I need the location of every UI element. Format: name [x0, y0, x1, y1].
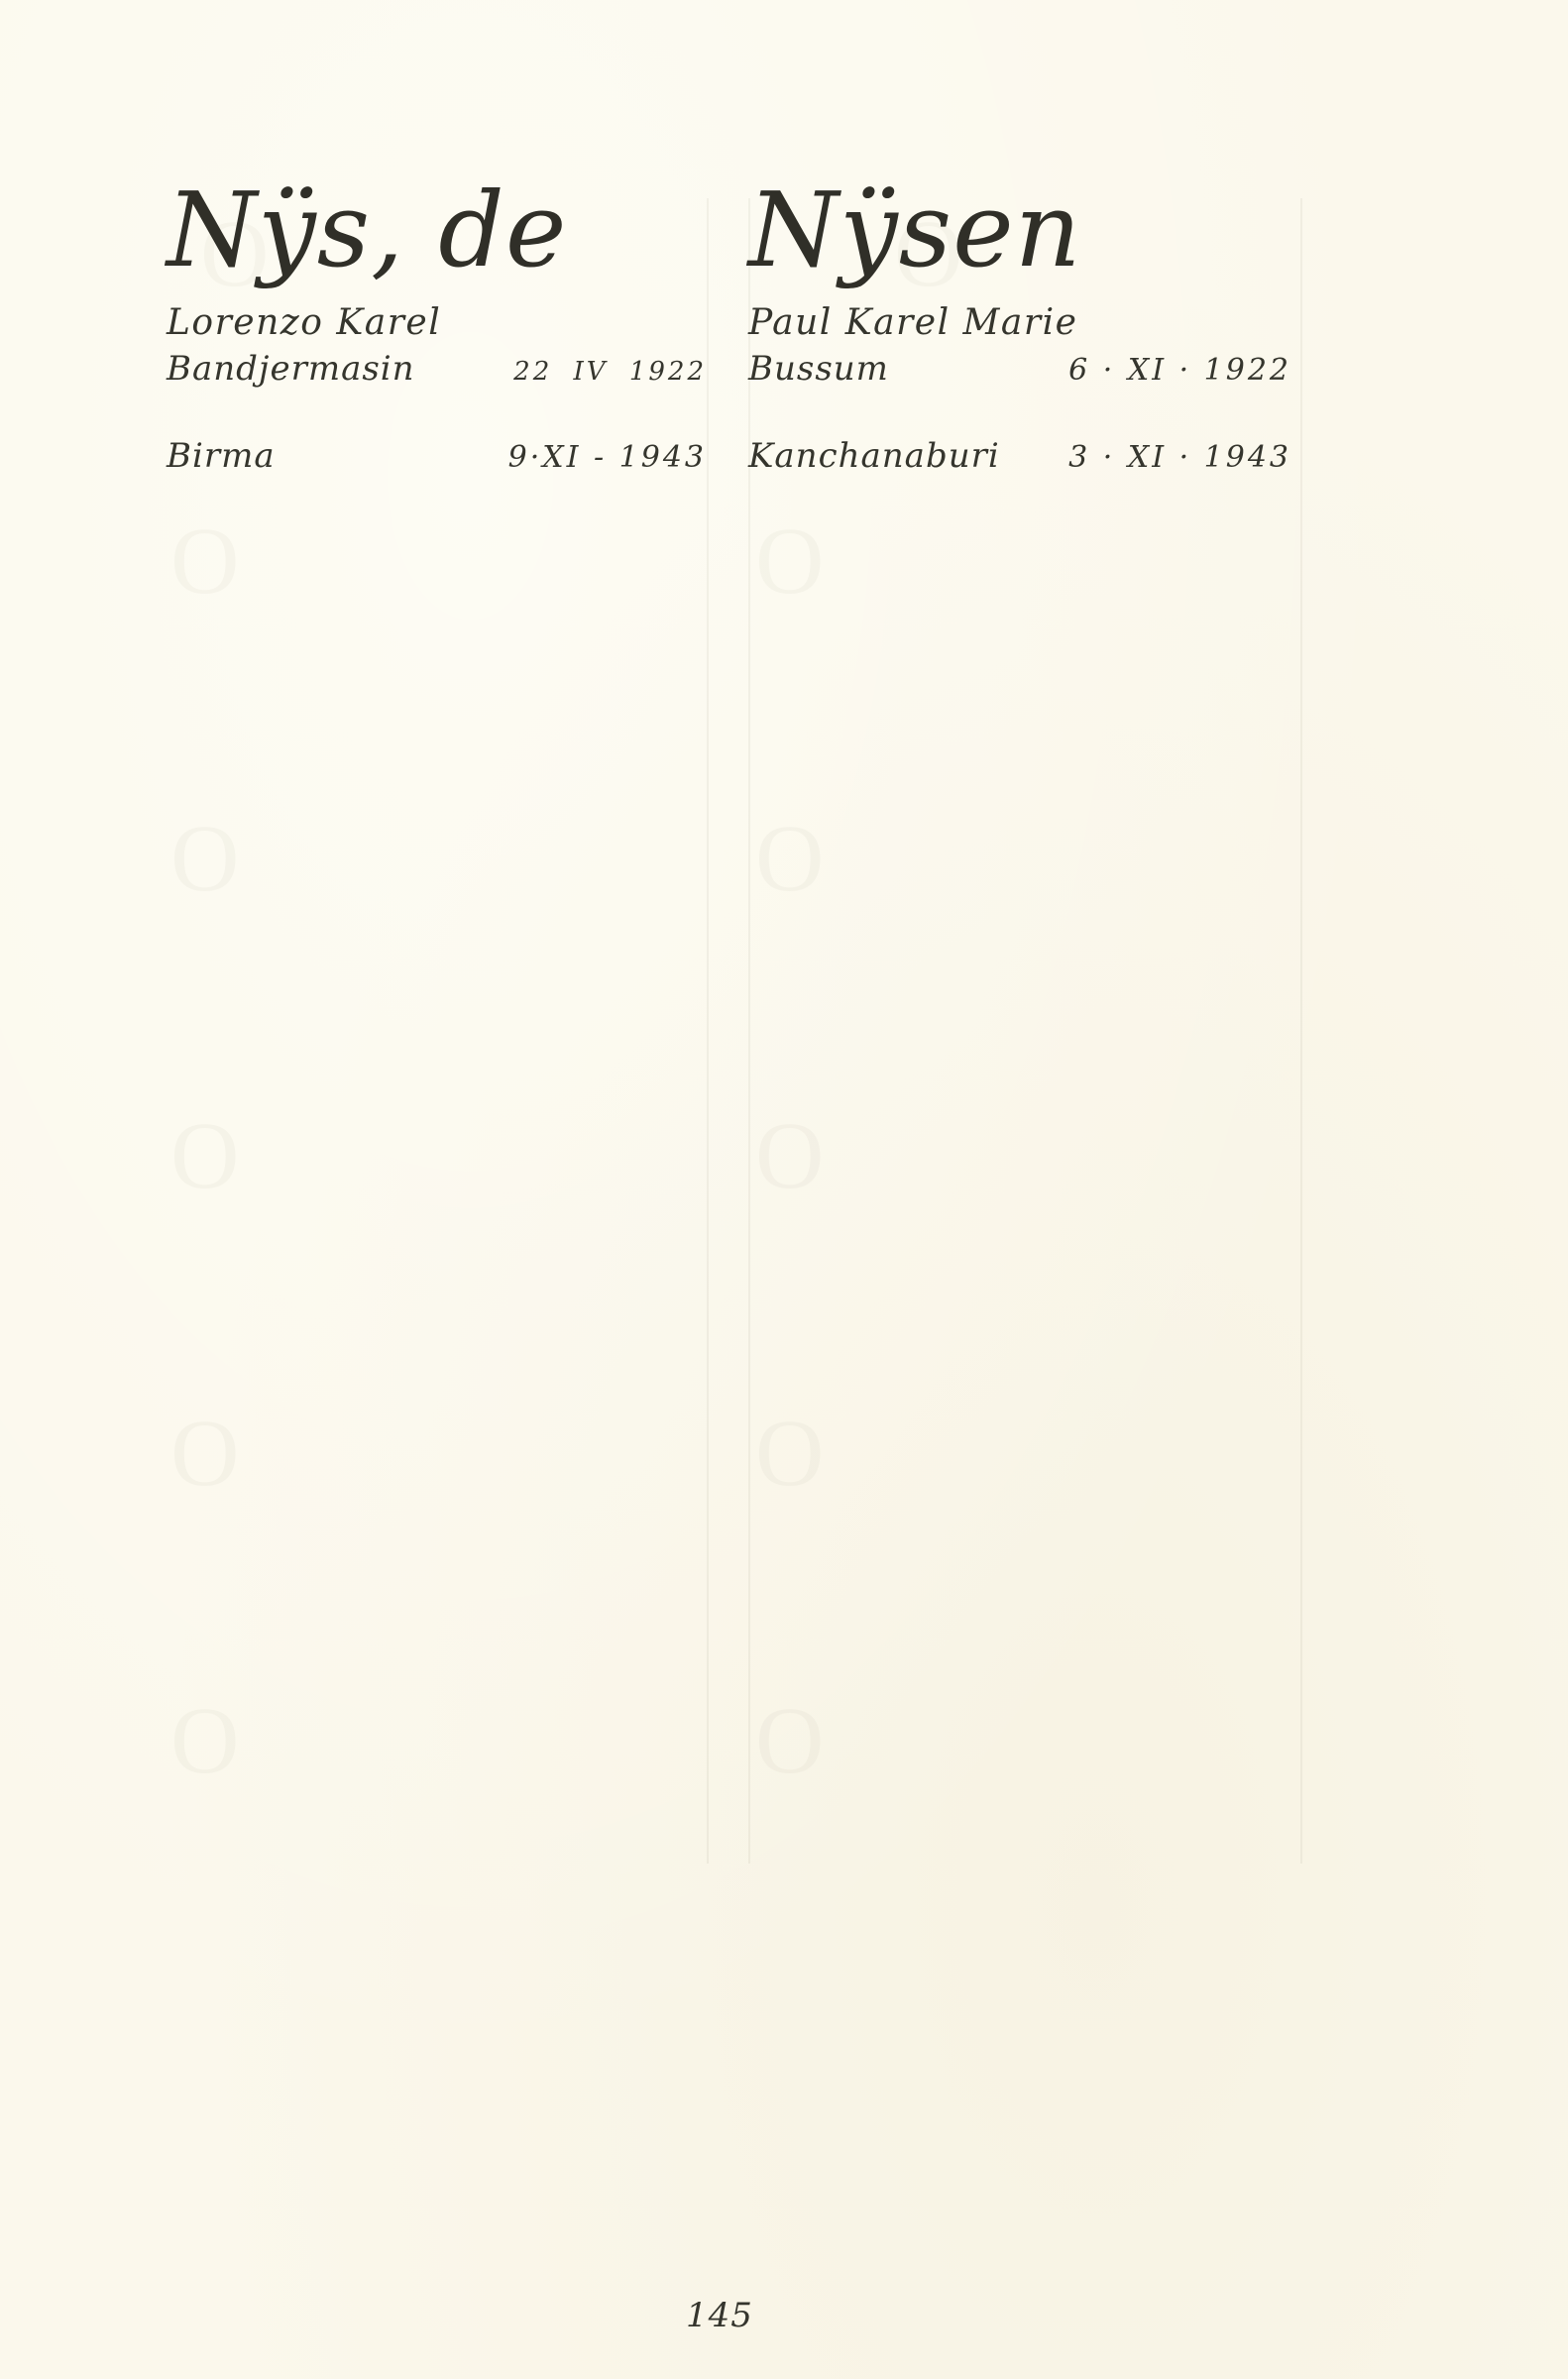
death-row: Birma 9·XI - 1943: [167, 436, 707, 480]
ghost-heading: O: [753, 803, 824, 913]
death-row: Kanchanaburi 3 · XI · 1943: [748, 436, 1291, 480]
birth-row: Bandjermasin 22 IV 1922: [167, 349, 707, 393]
ghost-heading: O: [753, 1685, 824, 1795]
ghost-heading: O: [168, 1100, 239, 1210]
entry-given-names: Paul Karel Marie: [748, 305, 1077, 341]
ghost-heading: O: [753, 1100, 824, 1210]
entry-given-names: Lorenzo Karel: [167, 305, 441, 341]
entry-surname: Nÿs, de: [167, 178, 567, 282]
ghost-column-divider: [707, 198, 709, 1864]
birth-date: 6 · XI · 1922: [1068, 353, 1291, 388]
entry-surname: Nÿsen: [748, 178, 1082, 282]
ghost-heading: O: [168, 506, 239, 616]
book-page: O O O O O O O O O O O O Nÿs, de Lorenzo …: [0, 0, 1568, 2379]
birth-place: Bandjermasin: [167, 349, 415, 389]
birth-date: 22 IV 1922: [513, 357, 707, 387]
death-place: Kanchanaburi: [748, 436, 1000, 476]
death-date: 9·XI - 1943: [508, 440, 707, 475]
death-date: 3 · XI · 1943: [1068, 440, 1291, 475]
ghost-heading: O: [168, 803, 239, 913]
ghost-heading: O: [168, 1398, 239, 1508]
page-number: 145: [0, 2296, 1439, 2335]
death-place: Birma: [167, 436, 276, 476]
ghost-heading: O: [168, 1685, 239, 1795]
ghost-heading: O: [753, 1398, 824, 1508]
birth-place: Bussum: [748, 349, 889, 389]
ghost-column-divider: [1300, 198, 1302, 1864]
ghost-heading: O: [753, 506, 824, 616]
birth-row: Bussum 6 · XI · 1922: [748, 349, 1291, 393]
